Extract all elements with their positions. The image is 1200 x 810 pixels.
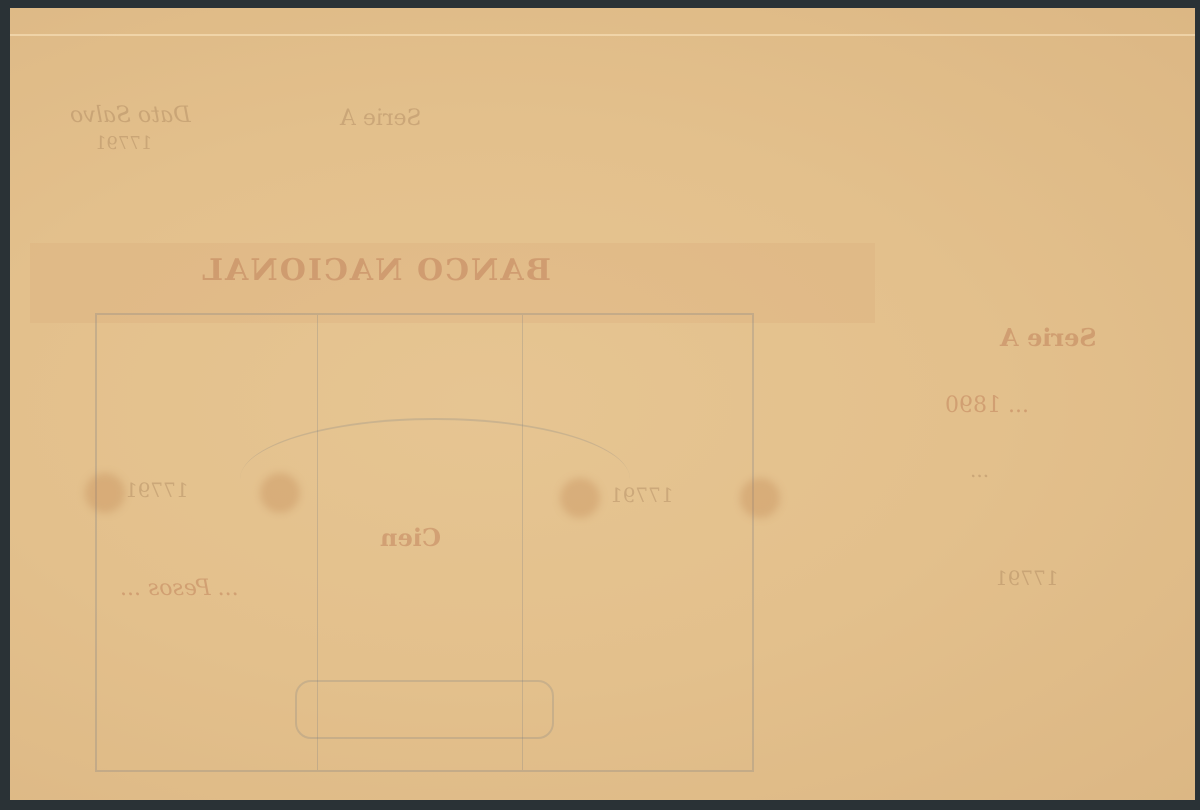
top-left-script: Dato Salvo [70,103,191,128]
stub-signature: ... [970,458,989,482]
banner-text: BANCO NACIONAL [200,253,551,288]
top-series-text: Serie A [340,106,422,131]
fold-line [10,34,1195,36]
serial-right: 17791 [610,483,674,507]
banknote-paper: Dato Salvo Serie A 17791 BANCO NACIONAL … [10,8,1195,800]
stub-series: Serie A [1000,323,1097,352]
denomination: Cien [380,523,441,552]
top-serial: 17791 [95,133,152,154]
motto-line: ... Pesos ... [120,576,239,601]
bottom-frame [295,680,554,739]
stub-date: ... 1890 [945,393,1029,418]
stub-serial: 17791 [995,566,1059,590]
serial-left: 17791 [125,478,189,502]
